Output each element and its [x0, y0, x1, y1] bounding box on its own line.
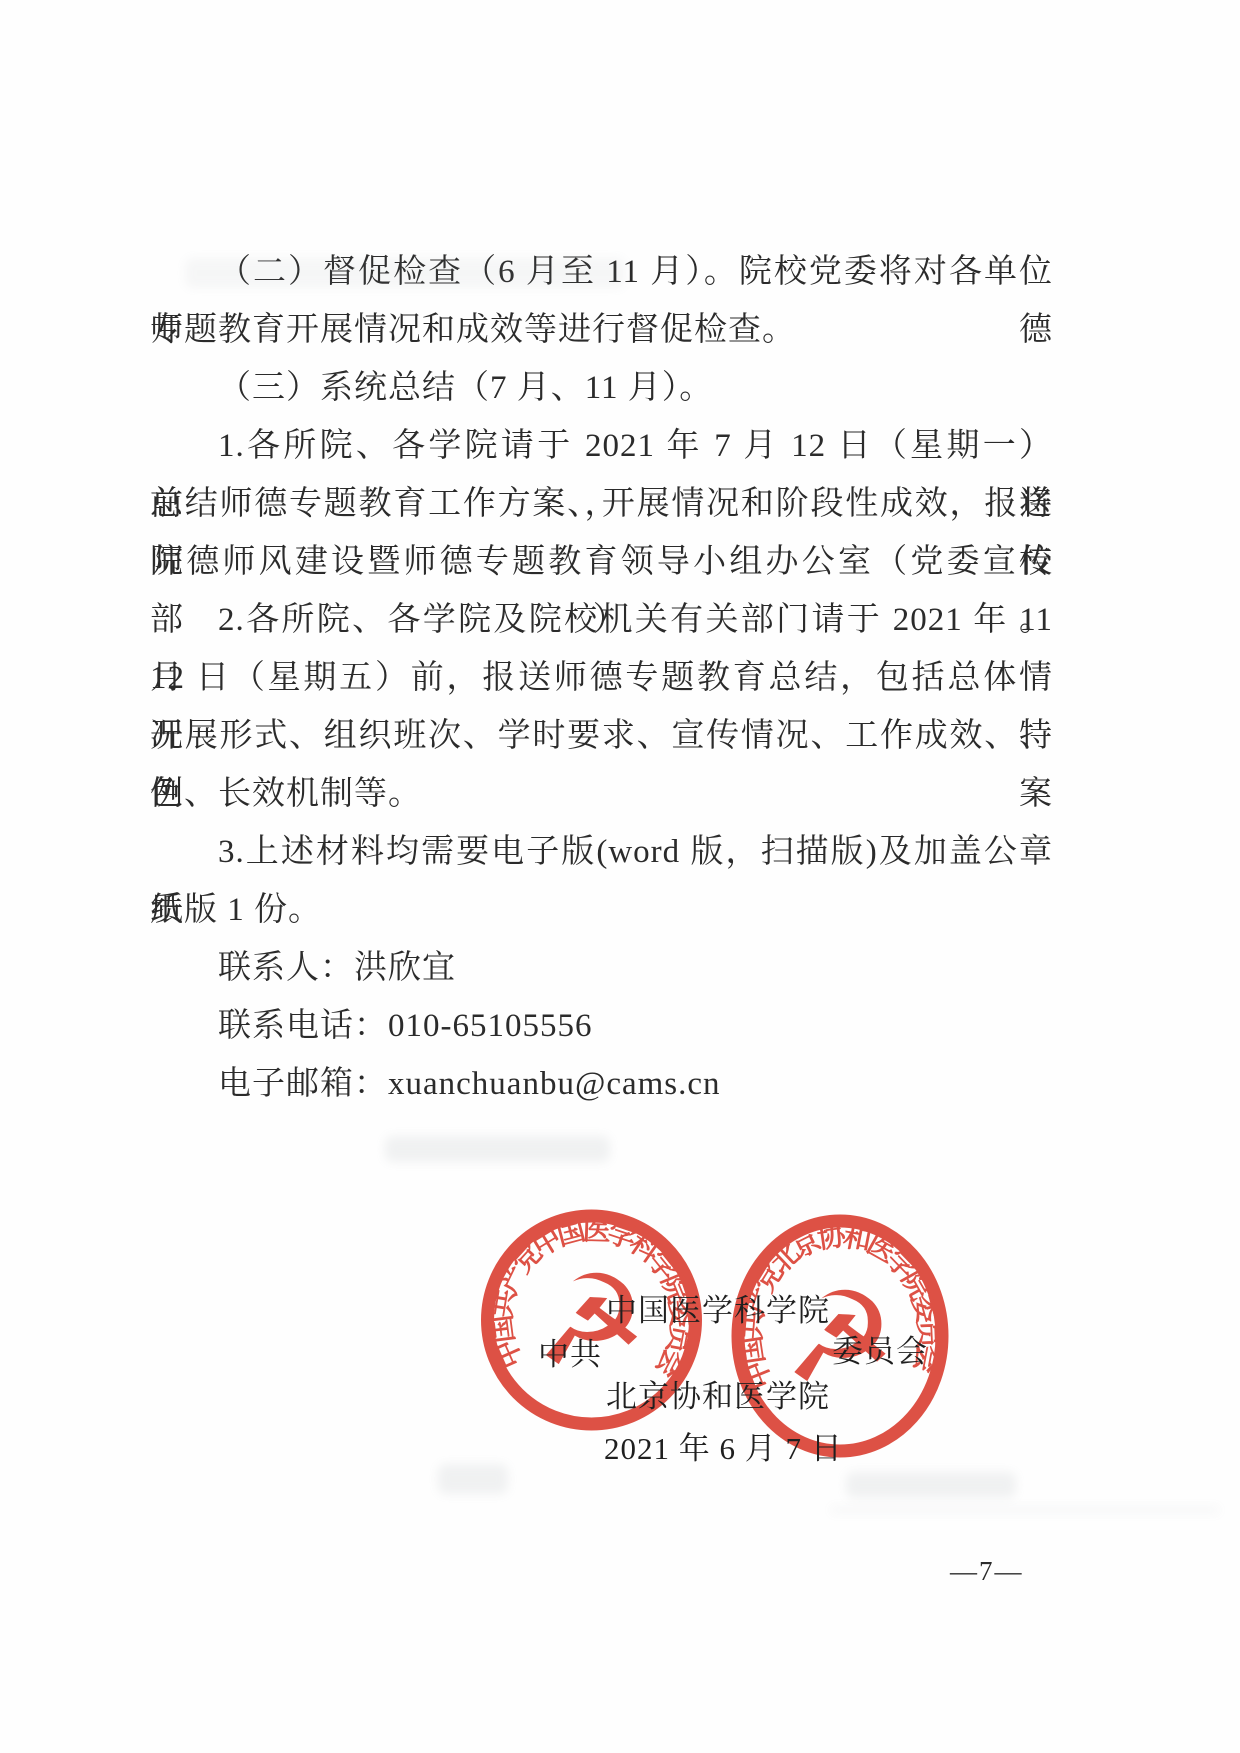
text-line: （三）系统总结（7 月、11 月）。 [150, 359, 1053, 417]
signature-party-prefix: 中共 [538, 1338, 602, 1372]
signature-org-line1: 中国医学科学院 [606, 1294, 830, 1328]
text-line: 2.各所院、各学院及院校机关有关部门请于 2021 年 11 月 [150, 591, 1053, 649]
bleed-through-artifact [385, 1136, 610, 1162]
text-line: 总结师德专题教育工作方案、开展情况和阶段性成效，报送院校 [150, 475, 1053, 533]
text-line: 1.各所院、各学院请于 2021 年 7 月 12 日（星期一）前，将 [150, 417, 1053, 475]
signature-date: 2021 年 6 月 7 日 [604, 1432, 843, 1466]
bleed-through-artifact [185, 258, 625, 288]
text-line: 联系电话：010-65105556 [150, 997, 1053, 1055]
signature-org-line2: 北京协和医学院 [606, 1380, 830, 1414]
text-line: 开展形式、组织班次、学时要求、宣传情况、工作成效、特色案 [150, 707, 1053, 765]
text-line: 电子邮箱：xuanchuanbu@cams.cn [150, 1055, 1053, 1113]
text-line: 师德师风建设暨师德专题教育领导小组办公室（党委宣传部）。 [150, 533, 1053, 591]
body-text: （二）督促检查（6 月至 11 月）。院校党委将对各单位师德 专题教育开展情况和… [150, 243, 1053, 1113]
bleed-through-artifact [830, 1506, 1220, 1514]
text-line: 12 日（星期五）前，报送师德专题教育总结，包括总体情况、 [150, 649, 1053, 707]
signature-committee-suffix: 委员会 [832, 1335, 928, 1369]
text-line: 联系人：洪欣宜 [150, 939, 1053, 997]
bleed-through-artifact [438, 1464, 508, 1494]
document-page: （二）督促检查（6 月至 11 月）。院校党委将对各单位师德 专题教育开展情况和… [0, 0, 1240, 1753]
page-number: —7— [950, 1556, 1024, 1587]
text-line: 质版 1 份。 [150, 881, 1053, 939]
bleed-through-artifact [846, 1472, 1016, 1498]
text-line: 3.上述材料均需要电子版(word 版，扫描版)及加盖公章纸 [150, 823, 1053, 881]
